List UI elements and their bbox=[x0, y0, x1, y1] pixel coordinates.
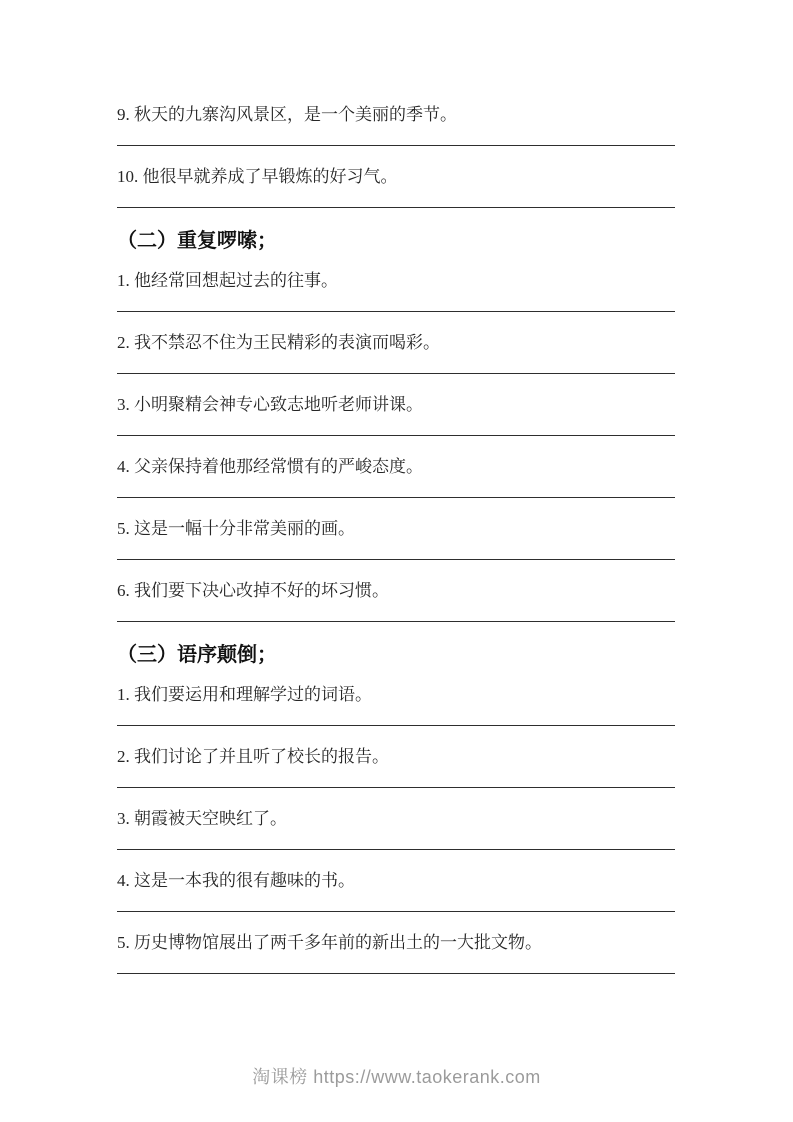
section-one-continued: 9. 秋天的九寨沟风景区，是一个美丽的季节。 10. 他很早就养成了早锻炼的好习… bbox=[117, 104, 675, 208]
worksheet-content: 9. 秋天的九寨沟风景区，是一个美丽的季节。 10. 他很早就养成了早锻炼的好习… bbox=[117, 0, 675, 994]
exercise-sentence: 5. 历史博物馆展出了两千多年前的新出土的一大批文物。 bbox=[117, 932, 675, 954]
exercise-sentence: 3. 朝霞被天空映红了。 bbox=[117, 808, 675, 830]
exercise-sentence: 2. 我们讨论了并且听了校长的报告。 bbox=[117, 746, 675, 768]
section-heading: （三）语序颠倒； bbox=[117, 642, 675, 668]
exercise-item: 5. 历史博物馆展出了两千多年前的新出土的一大批文物。 bbox=[117, 932, 675, 974]
exercise-item: 6. 我们要下决心改掉不好的坏习惯。 bbox=[117, 580, 675, 622]
exercise-item: 2. 我们讨论了并且听了校长的报告。 bbox=[117, 746, 675, 788]
answer-line bbox=[117, 373, 675, 374]
exercise-item: 10. 他很早就养成了早锻炼的好习气。 bbox=[117, 166, 675, 208]
answer-line bbox=[117, 787, 675, 788]
page-footer: 淘课榜 https://www.taokerank.com bbox=[0, 1066, 793, 1088]
exercise-sentence: 10. 他很早就养成了早锻炼的好习气。 bbox=[117, 166, 675, 188]
answer-line bbox=[117, 435, 675, 436]
section-three-word-order: （三）语序颠倒； 1. 我们要运用和理解学过的词语。 2. 我们讨论了并且听了校… bbox=[117, 642, 675, 974]
exercise-sentence: 5. 这是一幅十分非常美丽的画。 bbox=[117, 518, 675, 540]
exercise-item: 3. 朝霞被天空映红了。 bbox=[117, 808, 675, 850]
exercise-item: 1. 我们要运用和理解学过的词语。 bbox=[117, 684, 675, 726]
exercise-item: 4. 父亲保持着他那经常惯有的严峻态度。 bbox=[117, 456, 675, 498]
exercise-sentence: 4. 父亲保持着他那经常惯有的严峻态度。 bbox=[117, 456, 675, 478]
answer-line bbox=[117, 973, 675, 974]
worksheet-page: 9. 秋天的九寨沟风景区，是一个美丽的季节。 10. 他很早就养成了早锻炼的好习… bbox=[0, 0, 793, 1122]
answer-line bbox=[117, 311, 675, 312]
exercise-sentence: 6. 我们要下决心改掉不好的坏习惯。 bbox=[117, 580, 675, 602]
exercise-item: 2. 我不禁忍不住为王民精彩的表演而喝彩。 bbox=[117, 332, 675, 374]
exercise-item: 4. 这是一本我的很有趣味的书。 bbox=[117, 870, 675, 912]
answer-line bbox=[117, 207, 675, 208]
section-heading: （二）重复啰嗦； bbox=[117, 228, 675, 254]
answer-line bbox=[117, 911, 675, 912]
exercise-sentence: 1. 我们要运用和理解学过的词语。 bbox=[117, 684, 675, 706]
exercise-sentence: 4. 这是一本我的很有趣味的书。 bbox=[117, 870, 675, 892]
section-two-repetition: （二）重复啰嗦； 1. 他经常回想起过去的往事。 2. 我不禁忍不住为王民精彩的… bbox=[117, 228, 675, 622]
exercise-sentence: 3. 小明聚精会神专心致志地听老师讲课。 bbox=[117, 394, 675, 416]
footer-watermark-text: 淘课榜 https://www.taokerank.com bbox=[252, 1067, 541, 1087]
answer-line bbox=[117, 725, 675, 726]
answer-line bbox=[117, 145, 675, 146]
answer-line bbox=[117, 559, 675, 560]
exercise-item: 3. 小明聚精会神专心致志地听老师讲课。 bbox=[117, 394, 675, 436]
answer-line bbox=[117, 849, 675, 850]
exercise-sentence: 9. 秋天的九寨沟风景区，是一个美丽的季节。 bbox=[117, 104, 675, 126]
answer-line bbox=[117, 497, 675, 498]
exercise-sentence: 1. 他经常回想起过去的往事。 bbox=[117, 270, 675, 292]
exercise-item: 5. 这是一幅十分非常美丽的画。 bbox=[117, 518, 675, 560]
exercise-sentence: 2. 我不禁忍不住为王民精彩的表演而喝彩。 bbox=[117, 332, 675, 354]
exercise-item: 1. 他经常回想起过去的往事。 bbox=[117, 270, 675, 312]
exercise-item: 9. 秋天的九寨沟风景区，是一个美丽的季节。 bbox=[117, 104, 675, 146]
answer-line bbox=[117, 621, 675, 622]
